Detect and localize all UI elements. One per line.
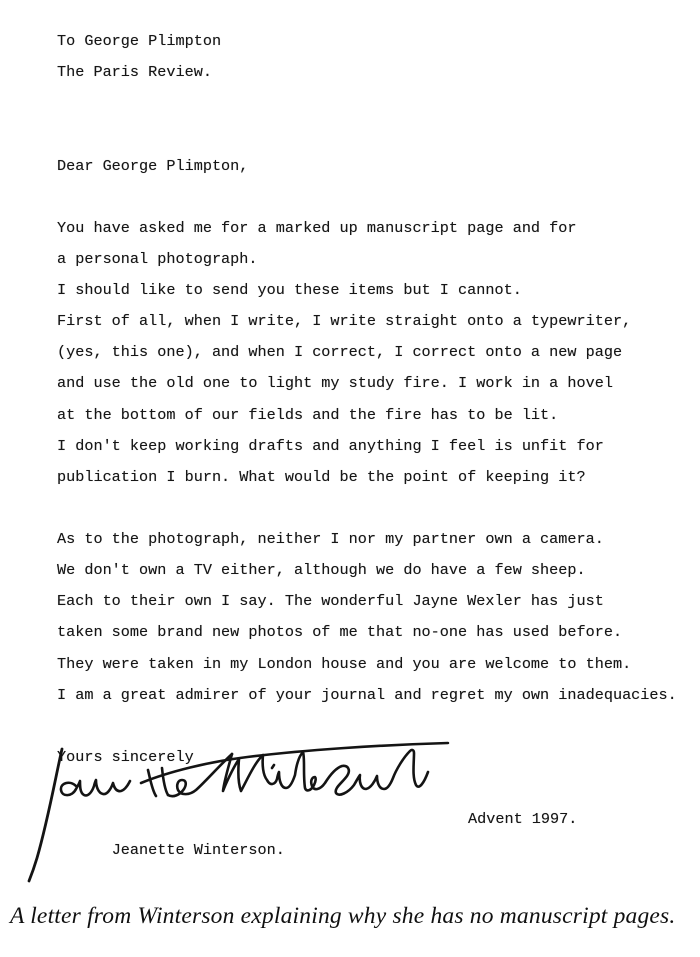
address-line: The Paris Review. [57,57,677,88]
body-line: They were taken in my London house and y… [57,649,677,680]
blank-line [57,119,677,150]
body-line: and use the old one to light my study fi… [57,368,677,399]
body-line: I should like to send you these items bu… [57,275,677,306]
blank-line [57,182,677,213]
body-line: I don't keep working drafts and anything… [57,431,677,462]
body-line: (yes, this one), and when I correct, I c… [57,337,677,368]
body-line: I am a great admirer of your journal and… [57,680,677,711]
salutation: Dear George Plimpton, [57,151,677,182]
blank-line [57,88,677,119]
caption: A letter from Winterson explaining why s… [10,903,675,930]
body-line: Each to their own I say. The wonderful J… [57,586,677,617]
body-line: As to the photograph, neither I nor my p… [57,524,677,555]
body-line: at the bottom of our fields and the fire… [57,400,677,431]
body-line: taken some brand new photos of me that n… [57,617,677,648]
body-line: a personal photograph. [57,244,677,275]
address-line: To George Plimpton [57,26,677,57]
letter-date: Advent 1997. [468,804,577,835]
body-line: publication I burn. What would be the po… [57,462,677,493]
body-line: First of all, when I write, I write stra… [57,306,677,337]
letter-page: To George Plimpton The Paris Review. Dea… [0,0,700,957]
blank-line [57,493,677,524]
body-line: We don't own a TV either, although we do… [57,555,677,586]
body-line: You have asked me for a marked up manusc… [57,213,677,244]
signature-scrawl [20,735,460,890]
letter-body: To George Plimpton The Paris Review. Dea… [57,26,677,835]
